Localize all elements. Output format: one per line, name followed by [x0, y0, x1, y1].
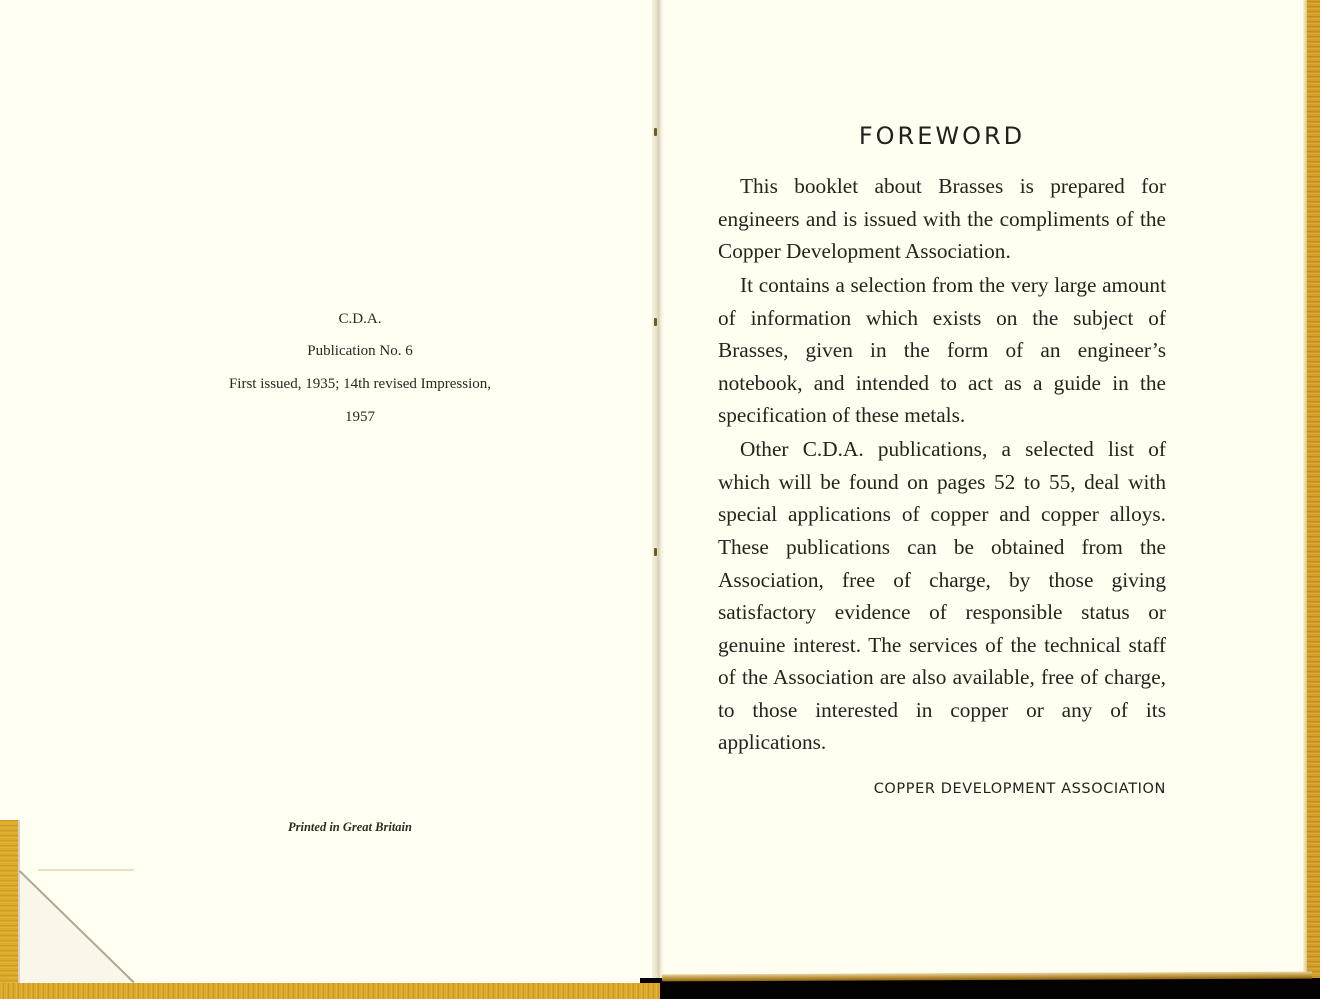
cover-edge-right-highlight — [1303, 0, 1307, 985]
foreword-body: This booklet about Brasses is prepared f… — [718, 170, 1166, 760]
paragraph: Other C.D.A. publications, a selected li… — [718, 433, 1166, 759]
folded-corner-edge — [38, 869, 134, 871]
book-gutter — [652, 0, 664, 985]
book-spread: C.D.A. Publication No. 6 First issued, 1… — [0, 0, 1320, 999]
left-page — [0, 0, 656, 999]
impression-year: 1957 — [170, 409, 550, 426]
issue-history: First issued, 1935; 14th revised Impress… — [170, 376, 550, 393]
page-edge-left — [18, 820, 20, 983]
publisher-abbrev: C.D.A. — [170, 311, 550, 328]
gutter-stitch-mark — [654, 318, 657, 326]
page-title: FOREWORD — [718, 122, 1166, 150]
gutter-stitch-mark — [654, 548, 657, 556]
cover-edge-right — [1306, 0, 1320, 985]
signature: COPPER DEVELOPMENT ASSOCIATION — [718, 781, 1166, 797]
cover-edge-bottom-left — [0, 983, 660, 999]
printed-in-note: Printed in Great Britain — [250, 820, 450, 835]
paragraph: It contains a selection from the very la… — [718, 269, 1166, 432]
background-shadow — [640, 978, 1320, 999]
gutter-stitch-mark — [654, 128, 657, 136]
cover-edge-left — [0, 820, 18, 999]
publication-number: Publication No. 6 — [170, 343, 550, 360]
paragraph: This booklet about Brasses is prepared f… — [718, 170, 1166, 268]
